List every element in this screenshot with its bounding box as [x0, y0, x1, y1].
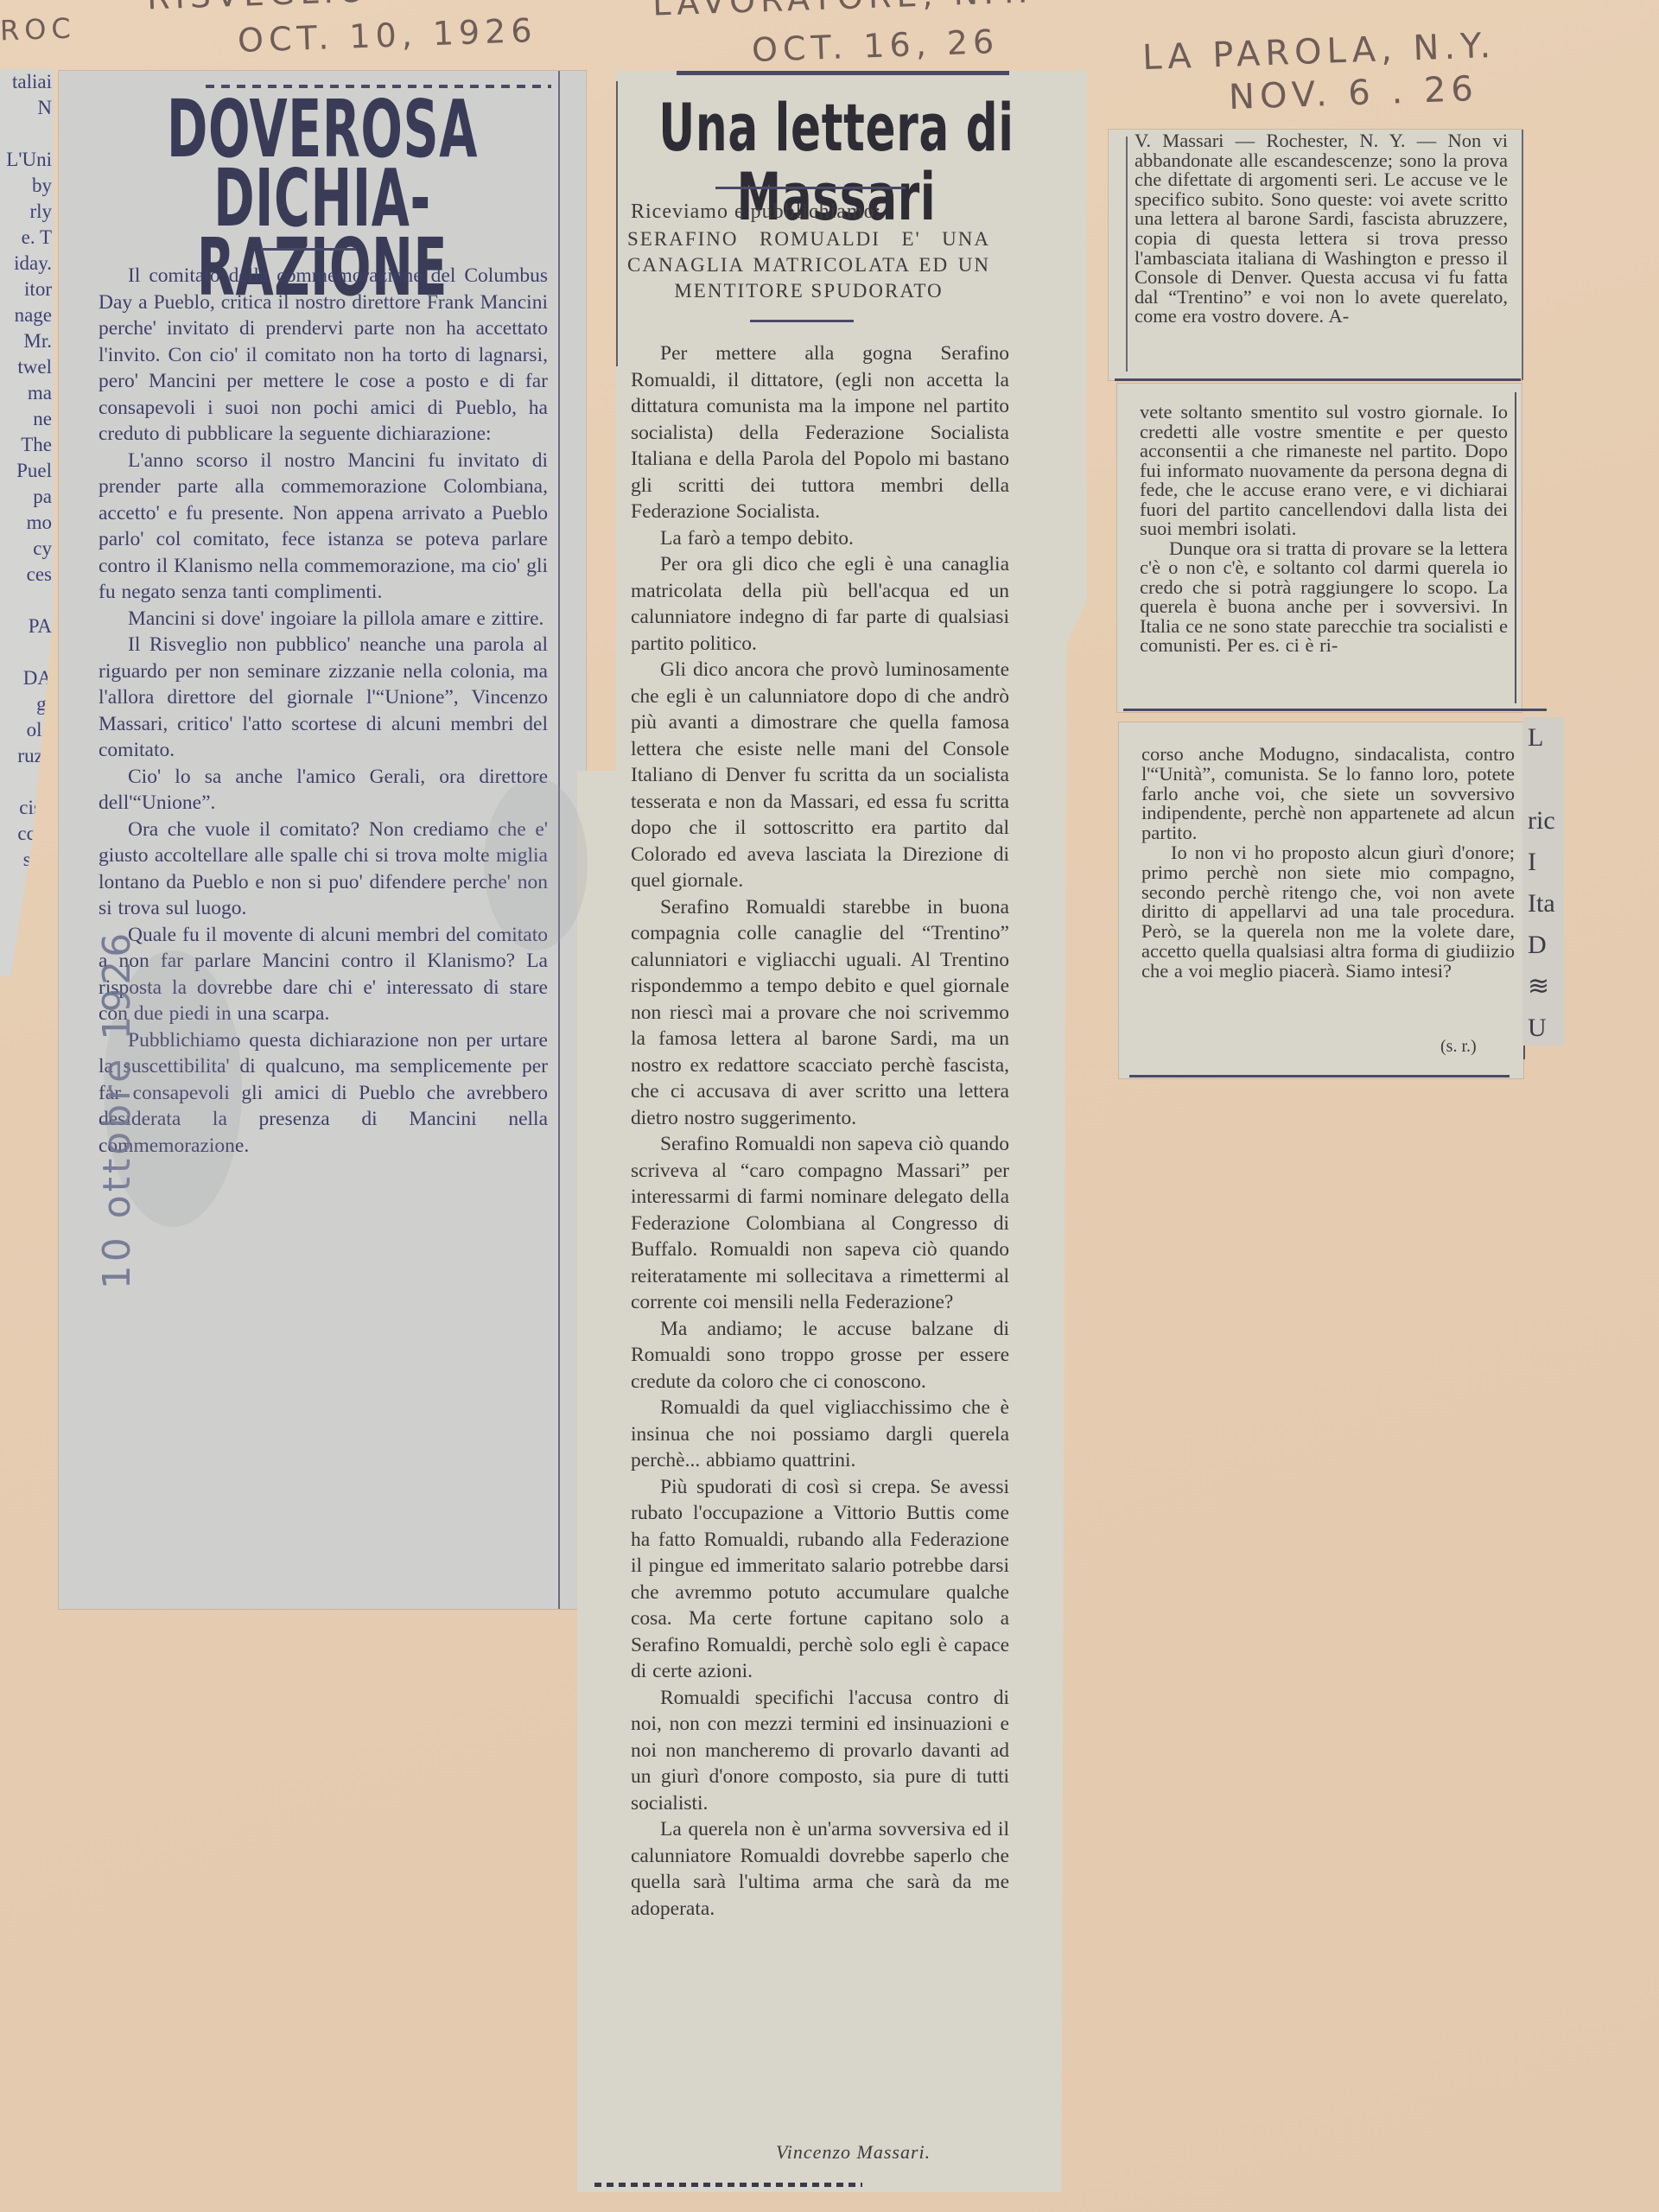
handwritten-date-right: NOV. 6 . 26	[1228, 72, 1478, 115]
partial-text-line: ma	[0, 380, 54, 406]
partial-text-line: pa	[0, 484, 54, 510]
clipping-right-part-3: corso anche Modugno, sindacalista, contr…	[1119, 722, 1523, 1078]
partial-text-line: I	[1522, 842, 1564, 883]
partial-text-line: re	[0, 925, 54, 950]
partial-text-line	[0, 639, 54, 665]
paragraph: Serafino Romualdi starebbe in buona comp…	[631, 894, 1009, 1132]
paragraph: Romualdi da quel vigliacchissimo che è i…	[631, 1395, 1009, 1474]
partial-text-line: cist.	[0, 795, 54, 821]
paragraph: La querela non è un'arma sovversiva ed i…	[631, 1816, 1009, 1922]
paragraph: Romualdi specifichi l'accusa contro di n…	[631, 1685, 1009, 1817]
partial-text-line	[1522, 759, 1564, 800]
partial-text-line: Mr.	[0, 328, 54, 354]
paragraph: Dunque ora si tratta di provare se la le…	[1140, 539, 1508, 656]
clipping-una-lettera-di-massari: Una lettera di Massari Riceviamo e pubbl…	[577, 71, 1087, 2192]
partial-text-line: by	[0, 173, 54, 199]
article-body-part-1: V. Massari — Rochester, N. Y. — Non vi a…	[1135, 131, 1508, 327]
partial-text-line: PA	[0, 613, 54, 639]
handwritten-fragment-top-left: ROC	[0, 14, 76, 44]
paragraph: Mancini si dove' ingoiare la pillola ama…	[99, 606, 548, 632]
paragraph: Serafino Romualdi non sapeva ciò quando …	[631, 1131, 1009, 1316]
partial-text-line: Soc	[0, 899, 54, 925]
partial-text-line: rly	[0, 199, 54, 225]
partial-text-line: olo	[0, 717, 54, 743]
partial-text-line: ccor	[0, 821, 54, 847]
partial-text-line	[0, 121, 54, 147]
paragraph: Per ora gli dico che egli è una canaglia…	[631, 551, 1009, 657]
clipping-right-part-1: V. Massari — Rochester, N. Y. — Non vi a…	[1109, 130, 1522, 380]
paragraph: Per mettere alla gogna Serafino Romualdi…	[631, 340, 1009, 525]
partial-text-line: Ita	[1522, 883, 1564, 925]
handwritten-source-right: LA PAROLA, N.Y.	[1141, 29, 1496, 75]
partial-text-line: iday.	[0, 251, 54, 276]
partial-clipping-right: L ricIItaD≋U	[1522, 717, 1564, 1046]
partial-text-line: sari	[0, 847, 54, 873]
handwritten-date-middle: OCT. 16, 26	[751, 25, 999, 67]
paragraph: vete soltanto smentito sul vostro giorna…	[1140, 403, 1508, 539]
article-body-part-3: corso anche Modugno, sindacalista, contr…	[1141, 745, 1515, 982]
partial-text-line: gi	[0, 691, 54, 717]
partial-text-line: mo	[0, 510, 54, 536]
partial-text-line: cy	[0, 536, 54, 562]
partial-text-line: The	[0, 432, 54, 458]
partial-text-line: L	[1522, 717, 1564, 759]
partial-text-line: ces	[0, 562, 54, 588]
paragraph: La farò a tempo debito.	[631, 525, 1009, 552]
partial-text-line: e. T	[0, 225, 54, 251]
paragraph: Il Risveglio non pubblico' neanche una p…	[99, 632, 548, 764]
partial-text-line: L'Uni	[0, 147, 54, 173]
partial-text-line: ruzz	[0, 743, 54, 769]
clipping-right-part-2: vete soltanto smentito sul vostro giorna…	[1117, 384, 1522, 712]
paragraph: corso anche Modugno, sindacalista, contr…	[1141, 745, 1515, 843]
partial-text-line	[0, 588, 54, 613]
partial-text-line: ≋	[1522, 966, 1564, 1007]
paragraph: Gli dico ancora che provò luminosamente …	[631, 657, 1009, 894]
article-subheading: SERAFINO ROMUALDI E' UNA CANAGLIA MATRIC…	[627, 226, 990, 304]
handwritten-source-middle: LAVORATORE, N.Y.	[652, 0, 1033, 21]
partial-text-line: ne	[0, 406, 54, 432]
partial-text-line: twel	[0, 354, 54, 380]
partial-text-line: nage	[0, 302, 54, 328]
article-body: Per mettere alla gogna Serafino Romualdi…	[631, 340, 1009, 1922]
partial-text-line: N	[0, 95, 54, 121]
paragraph: Ora che vuole il comitato? Non crediamo …	[99, 817, 548, 922]
handwritten-date-left: OCT. 10, 1926	[237, 14, 537, 57]
paragraph: Il comitato della commemorazione del Col…	[99, 263, 548, 448]
paragraph: L'anno scorso il nostro Mancini fu invit…	[99, 448, 548, 606]
headline-line-1: DOVEROSA DICHIA-	[159, 95, 486, 233]
partial-text-line: U	[1522, 1007, 1564, 1046]
partial-text-line: DA	[0, 665, 54, 691]
partial-text-line: taliai	[0, 69, 54, 95]
partial-text-line: ric	[1522, 800, 1564, 842]
partial-clipping-left: taliaiN L'Unibyrlye. Tiday.itornageMr.tw…	[0, 69, 54, 976]
partial-text-line: D	[1522, 925, 1564, 966]
partial-text-line: il	[0, 769, 54, 795]
partial-text-line: itor	[0, 276, 54, 302]
article-signature: (s. r.)	[1440, 1037, 1477, 1057]
article-signature: Vincenzo Massari.	[776, 2141, 931, 2164]
article-intro: Riceviamo e pubblichiamo:	[631, 200, 881, 224]
partial-text-line: nt	[0, 950, 54, 976]
paragraph: Io non vi ho proposto alcun giurì d'onor…	[1141, 843, 1515, 982]
paragraph: Cio' lo sa anche l'amico Gerali, ora dir…	[99, 764, 548, 817]
paragraph: Più spudorati di così si crepa. Se avess…	[631, 1474, 1009, 1685]
article-body-part-2: vete soltanto smentito sul vostro giorna…	[1140, 403, 1508, 656]
partial-text-line: Puel	[0, 458, 54, 484]
paragraph: Ma andiamo; le accuse balzane di Romuald…	[631, 1316, 1009, 1395]
partial-text-line: alis	[0, 873, 54, 899]
handwritten-source-left: RISVEGLIO	[146, 0, 370, 14]
